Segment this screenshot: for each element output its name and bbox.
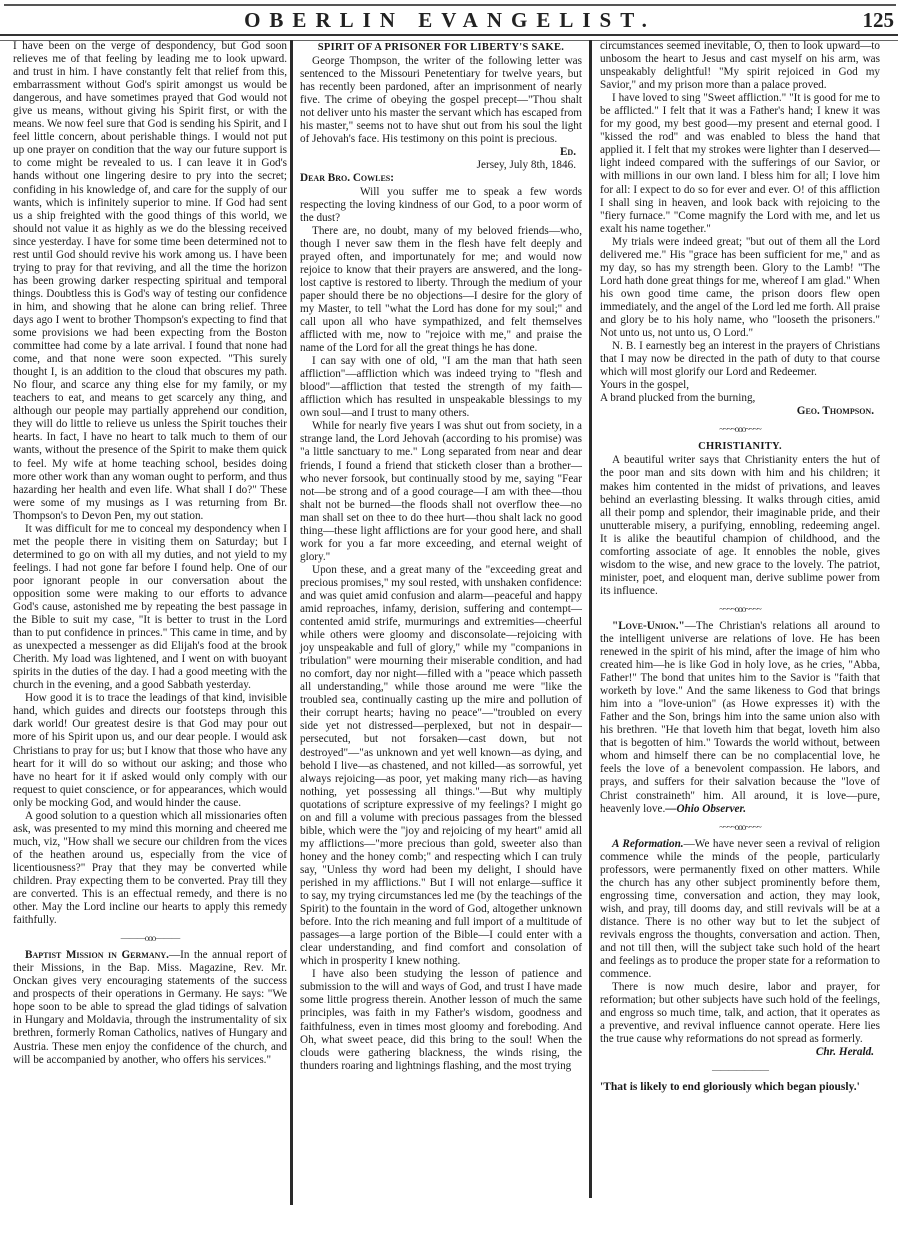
letter-salutation: Dear Bro. Cowles: (300, 172, 582, 185)
column-middle: SPIRIT OF A PRISONER FOR LIBERTY'S SAKE.… (300, 40, 582, 1073)
section-ornament: ~~~~ooo~~~~ (600, 602, 880, 616)
article-heading: "Love-Union." (612, 620, 685, 632)
article-paragraph: A good solution to a question which all … (13, 810, 287, 927)
newspaper-title: OBERLIN EVANGELIST. (0, 8, 900, 33)
section-ornament: ~~~~ooo~~~~ (600, 820, 880, 834)
baptist-mission-article: Baptist Mission in Germany.—In the annua… (13, 949, 287, 1066)
column-divider (589, 40, 592, 1198)
letter-paragraph: I can say with one of old, "I am the man… (300, 355, 582, 420)
article-text: —We have never seen a revival of religio… (600, 838, 880, 980)
page-number: 125 (863, 8, 895, 33)
letter-paragraph: My trials were indeed great; "but out of… (600, 236, 880, 340)
letter-closing: Yours in the gospel, (600, 379, 880, 392)
letter-paragraph: Will you suffer me to speak a few words … (300, 186, 582, 225)
article-source: Chr. Herald. (600, 1046, 880, 1059)
article-text: —In the annual report of their Missions,… (13, 949, 287, 1065)
reformation-paragraph: There is now much desire, labor and pray… (600, 981, 880, 1046)
section-ornament: ~~~~ooo~~~~ (600, 422, 880, 436)
letter-dateline: Jersey, July 8th, 1846. (300, 159, 582, 172)
article-text: —The Christian's relations all around to… (600, 620, 880, 815)
article-paragraph: I have been on the verge of despondency,… (13, 40, 287, 523)
masthead: OBERLIN EVANGELIST. 125 (0, 0, 900, 34)
letter-paragraph: N. B. I earnestly beg an interest in the… (600, 340, 880, 379)
top-rule (4, 4, 896, 6)
article-heading: A Reformation. (612, 838, 684, 850)
letter-paragraph: While for nearly five years I was shut o… (300, 420, 582, 564)
article-paragraph: How good it is to trace the leadings of … (13, 692, 287, 809)
letter-continuation: circumstances seemed inevitable, O, then… (600, 40, 880, 92)
editor-signature: Ed. (300, 146, 582, 159)
article-source: —Ohio Observer. (665, 803, 746, 815)
section-rule: ——————— (600, 1063, 880, 1077)
column-divider (290, 40, 293, 1205)
closing-motto: 'That is likely to end gloriously which … (600, 1081, 880, 1094)
section-ornament: ———ooo——— (13, 931, 287, 945)
letter-paragraph: Upon these, and a great many of the "exc… (300, 564, 582, 968)
reformation-article: A Reformation.—We have never seen a revi… (600, 838, 880, 982)
letter-paragraph: There are, no doubt, many of my beloved … (300, 225, 582, 355)
love-union-article: "Love-Union."—The Christian's relations … (600, 620, 880, 816)
letter-paragraph: I have also been studying the lesson of … (300, 968, 582, 1072)
letter-signature: Geo. Thompson. (600, 405, 880, 418)
article-heading: CHRISTIANITY. (600, 440, 880, 453)
article-heading: Baptist Mission in Germany. (25, 949, 169, 961)
article-heading: SPIRIT OF A PRISONER FOR LIBERTY'S SAKE. (300, 41, 582, 54)
column-left: I have been on the verge of despondency,… (13, 40, 287, 1067)
article-paragraph: It was difficult for me to conceal my de… (13, 523, 287, 693)
column-right: circumstances seemed inevitable, O, then… (600, 40, 880, 1094)
letter-closing-line: A brand plucked from the burning, (600, 392, 880, 405)
editor-intro: George Thompson, the writer of the follo… (300, 55, 582, 146)
christianity-article: A beautiful writer says that Christianit… (600, 454, 880, 598)
letter-paragraph: I have loved to sing "Sweet affliction."… (600, 92, 880, 236)
